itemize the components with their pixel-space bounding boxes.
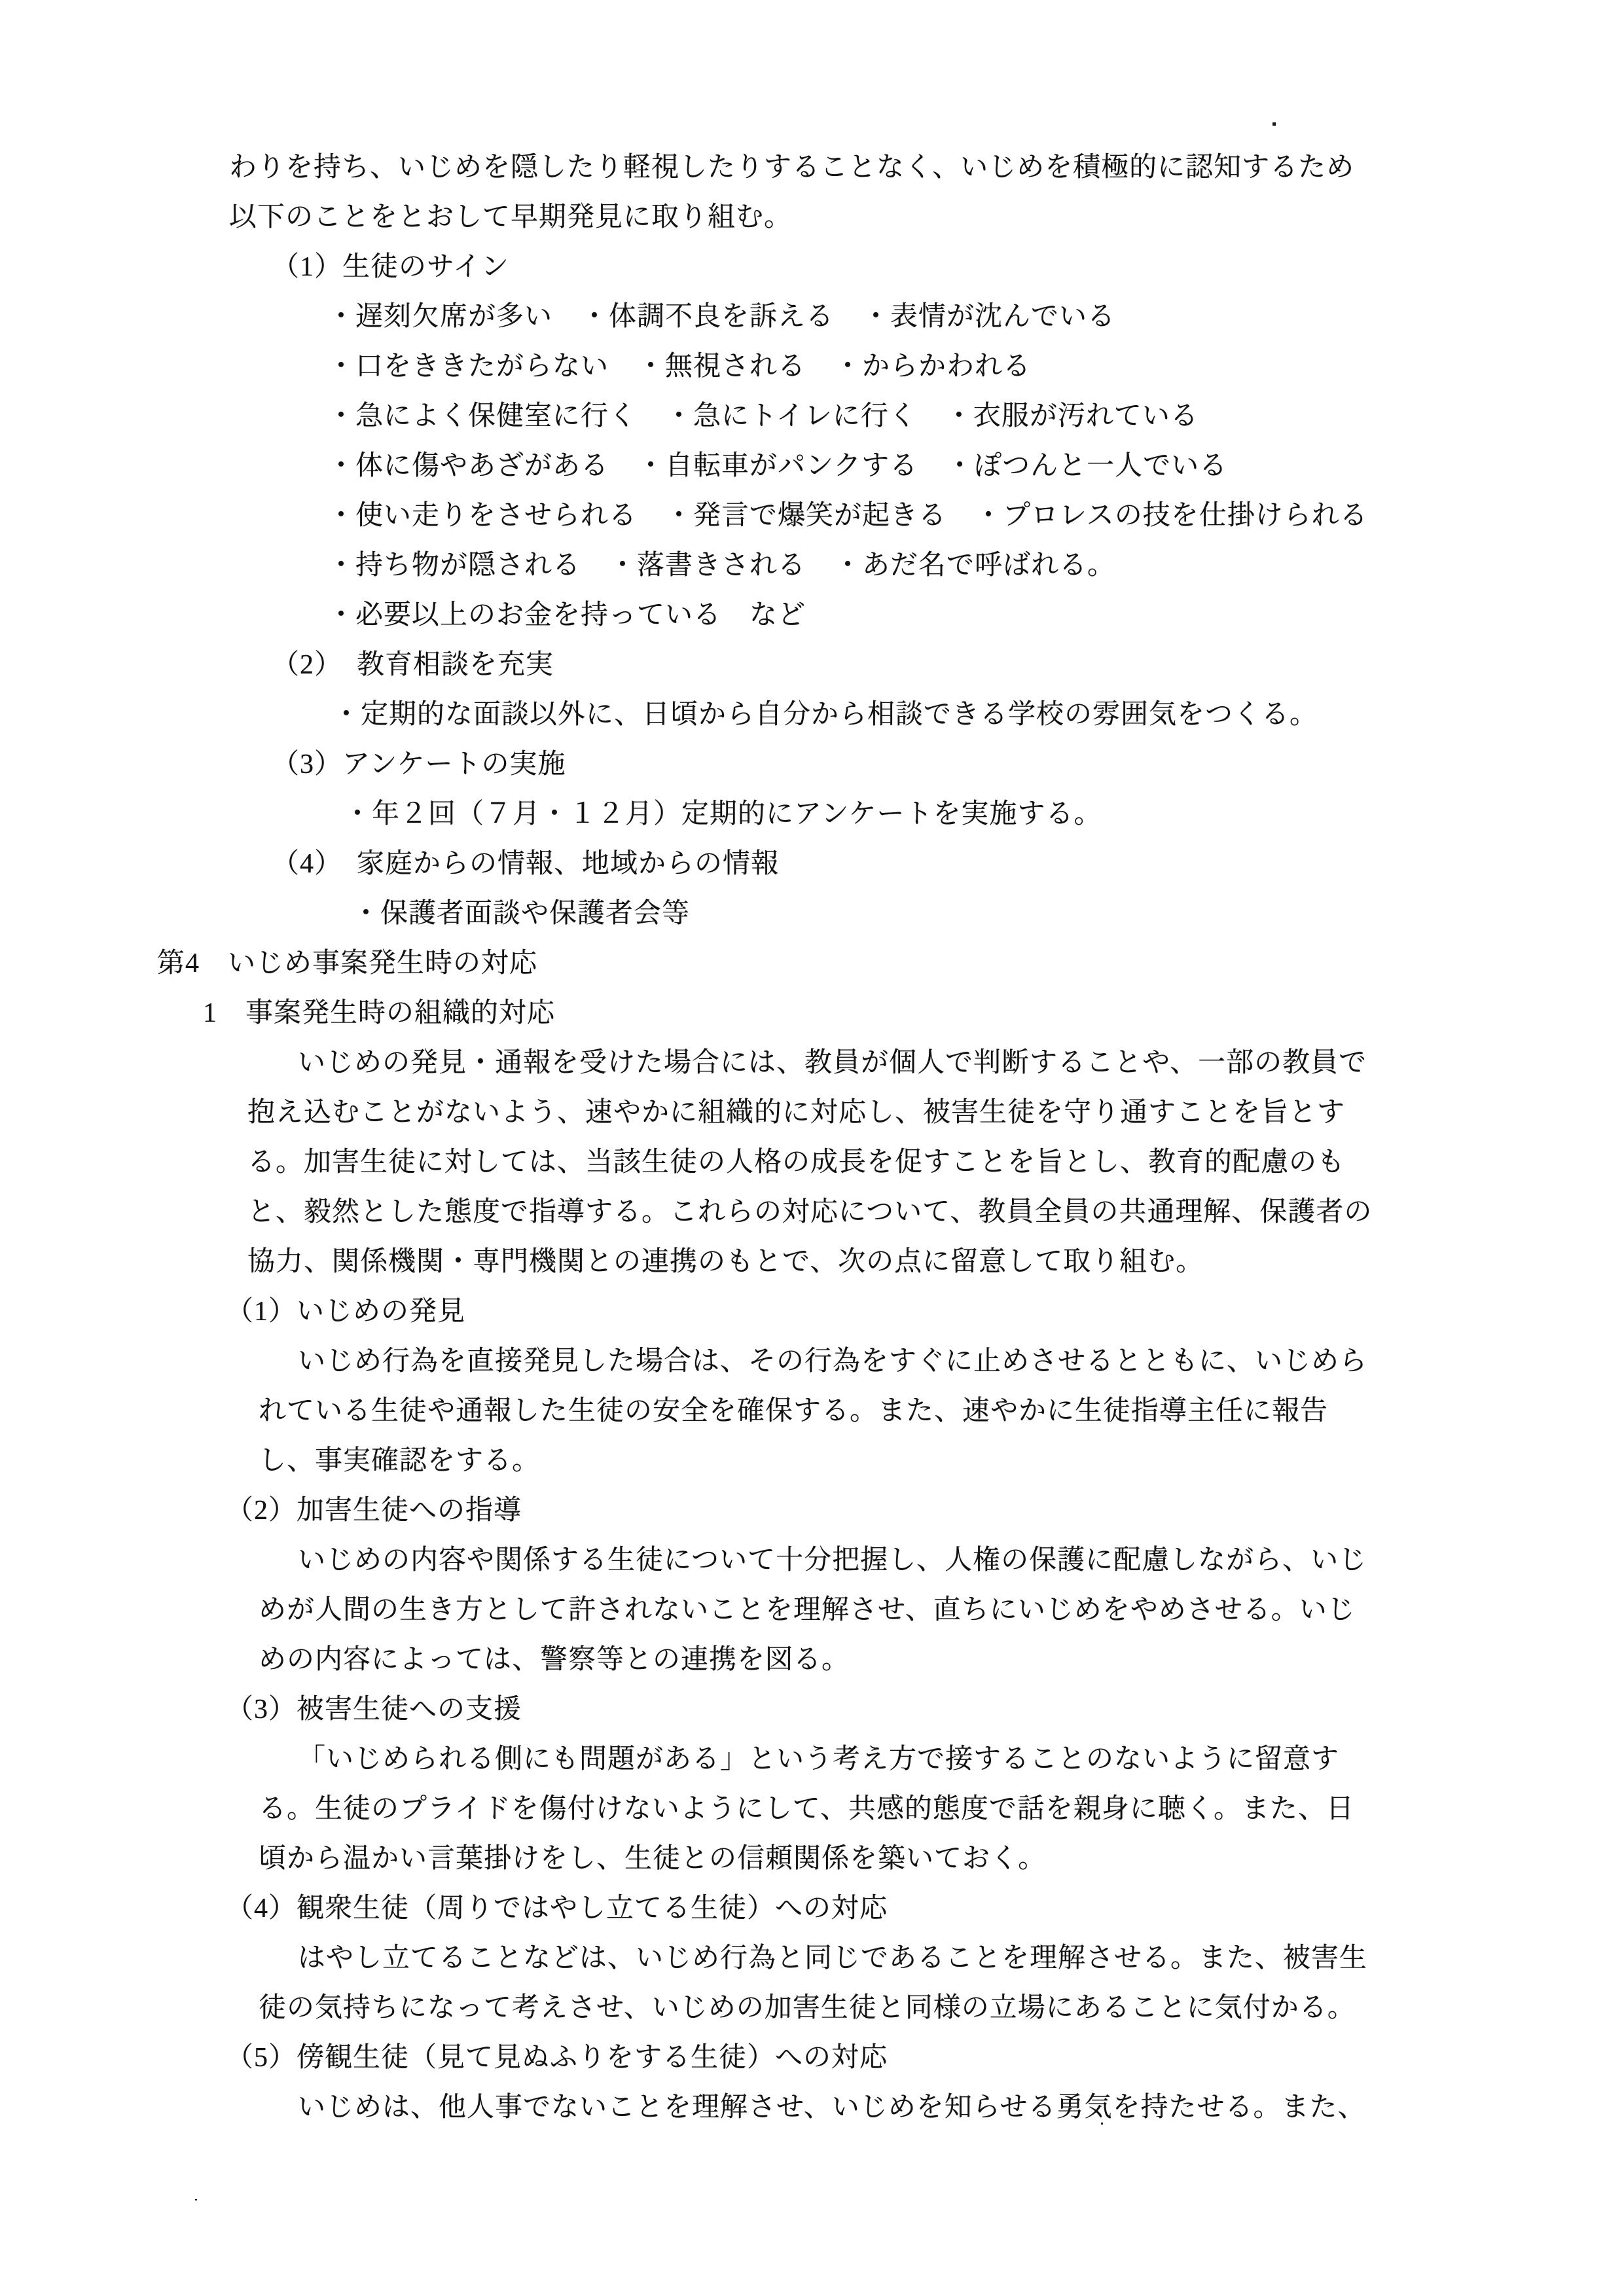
bullet-line: ・必要以上のお金を持っている など xyxy=(0,590,1624,640)
scan-speck xyxy=(1272,122,1276,126)
sub-heading: 1 事案発生時の組織的対応 xyxy=(0,988,1624,1038)
paragraph-line: れている生徒や通報した生徒の安全を確保する。また、速やかに生徒指導主任に報告 xyxy=(0,1386,1624,1436)
paragraph-line: し、事実確認をする。 xyxy=(0,1436,1624,1486)
scan-speck xyxy=(1101,2123,1103,2125)
bullet-line: ・急によく保健室に行く ・急にトイレに行く ・衣服が汚れている xyxy=(0,391,1624,441)
paragraph-line: 「いじめられる側にも問題がある」という考え方で接することのないように留意す xyxy=(0,1734,1624,1784)
paragraph-line: る。生徒のプライドを傷付けないようにして、共感的態度で話を親身に聴く。また、日 xyxy=(0,1784,1624,1834)
list-item-heading: （3）アンケートの実施 xyxy=(0,740,1624,789)
list-item-heading: （1）生徒のサイン xyxy=(0,242,1624,292)
list-item-heading: （4） 家庭からの情報、地域からの情報 xyxy=(0,839,1624,889)
paragraph-line: 頃から温かい言葉掛けをし、生徒との信頼関係を築いておく。 xyxy=(0,1834,1624,1884)
text-line: 以下のことをとおして早期発見に取り組む。 xyxy=(0,192,1624,242)
scan-speck xyxy=(195,2199,197,2200)
list-item-heading: （2） 教育相談を充実 xyxy=(0,640,1624,690)
bullet-line: ・遅刻欠席が多い ・体調不良を訴える ・表情が沈んでいる xyxy=(0,292,1624,342)
paragraph-line: いじめは、他人事でないことを理解させ、いじめを知らせる勇気を持たせる。また、 xyxy=(0,2083,1624,2132)
bullet-line: ・保護者面談や保護者会等 xyxy=(0,889,1624,939)
list-item-heading: （1）いじめの発見 xyxy=(0,1287,1624,1336)
paragraph-line: いじめの発見・通報を受けた場合には、教員が個人で判断することや、一部の教員で xyxy=(0,1038,1624,1088)
bullet-line: ・持ち物が隠される ・落書きされる ・あだ名で呼ばれる。 xyxy=(0,541,1624,590)
paragraph-line: 抱え込むことがないよう、速やかに組織的に対応し、被害生徒を守り通すことを旨とす xyxy=(0,1088,1624,1138)
paragraph-line: いじめ行為を直接発見した場合は、その行為をすぐに止めさせるとともに、いじめら xyxy=(0,1336,1624,1386)
paragraph-line: 協力、関係機関・専門機関との連携のもとで、次の点に留意して取り組む。 xyxy=(0,1237,1624,1287)
text-line: わりを持ち、いじめを隠したり軽視したりすることなく、いじめを積極的に認知するため xyxy=(0,143,1624,192)
document-text-block: わりを持ち、いじめを隠したり軽視したりすることなく、いじめを積極的に認知するため… xyxy=(0,143,1624,2132)
list-item-heading: （4）観衆生徒（周りではやし立てる生徒）への対応 xyxy=(0,1884,1624,1933)
paragraph-line: めが人間の生き方として許されないことを理解させ、直ちにいじめをやめさせる。いじ xyxy=(0,1585,1624,1635)
list-item-heading: （5）傍観生徒（見て見ぬふりをする生徒）への対応 xyxy=(0,2033,1624,2083)
bullet-line: ・定期的な面談以外に、日頃から自分から相談できる学校の雰囲気をつくる。 xyxy=(0,690,1624,740)
paragraph-line: いじめの内容や関係する生徒について十分把握し、人権の保護に配慮しながら、いじ xyxy=(0,1535,1624,1585)
bullet-line: ・年２回（７月・１２月）定期的にアンケートを実施する。 xyxy=(0,789,1624,839)
scanned-page: わりを持ち、いじめを隠したり軽視したりすることなく、いじめを積極的に認知するため… xyxy=(0,0,1624,2296)
bullet-line: ・口をききたがらない ・無視される ・からかわれる xyxy=(0,342,1624,391)
paragraph-line: はやし立てることなどは、いじめ行為と同じであることを理解させる。また、被害生 xyxy=(0,1933,1624,1983)
paragraph-line: めの内容によっては、警察等との連携を図る。 xyxy=(0,1635,1624,1685)
paragraph-line: る。加害生徒に対しては、当該生徒の人格の成長を促すことを旨とし、教育的配慮のも xyxy=(0,1138,1624,1187)
bullet-line: ・使い走りをさせられる ・発言で爆笑が起きる ・プロレスの技を仕掛けられる xyxy=(0,491,1624,541)
section-heading: 第4 いじめ事案発生時の対応 xyxy=(0,939,1624,988)
list-item-heading: （2）加害生徒への指導 xyxy=(0,1486,1624,1535)
paragraph-line: 徒の気持ちになって考えさせ、いじめの加害生徒と同様の立場にあることに気付かる。 xyxy=(0,1983,1624,2033)
bullet-line: ・体に傷やあざがある ・自転車がパンクする ・ぽつんと一人でいる xyxy=(0,441,1624,491)
list-item-heading: （3）被害生徒への支援 xyxy=(0,1685,1624,1734)
paragraph-line: と、毅然とした態度で指導する。これらの対応について、教員全員の共通理解、保護者の xyxy=(0,1187,1624,1237)
